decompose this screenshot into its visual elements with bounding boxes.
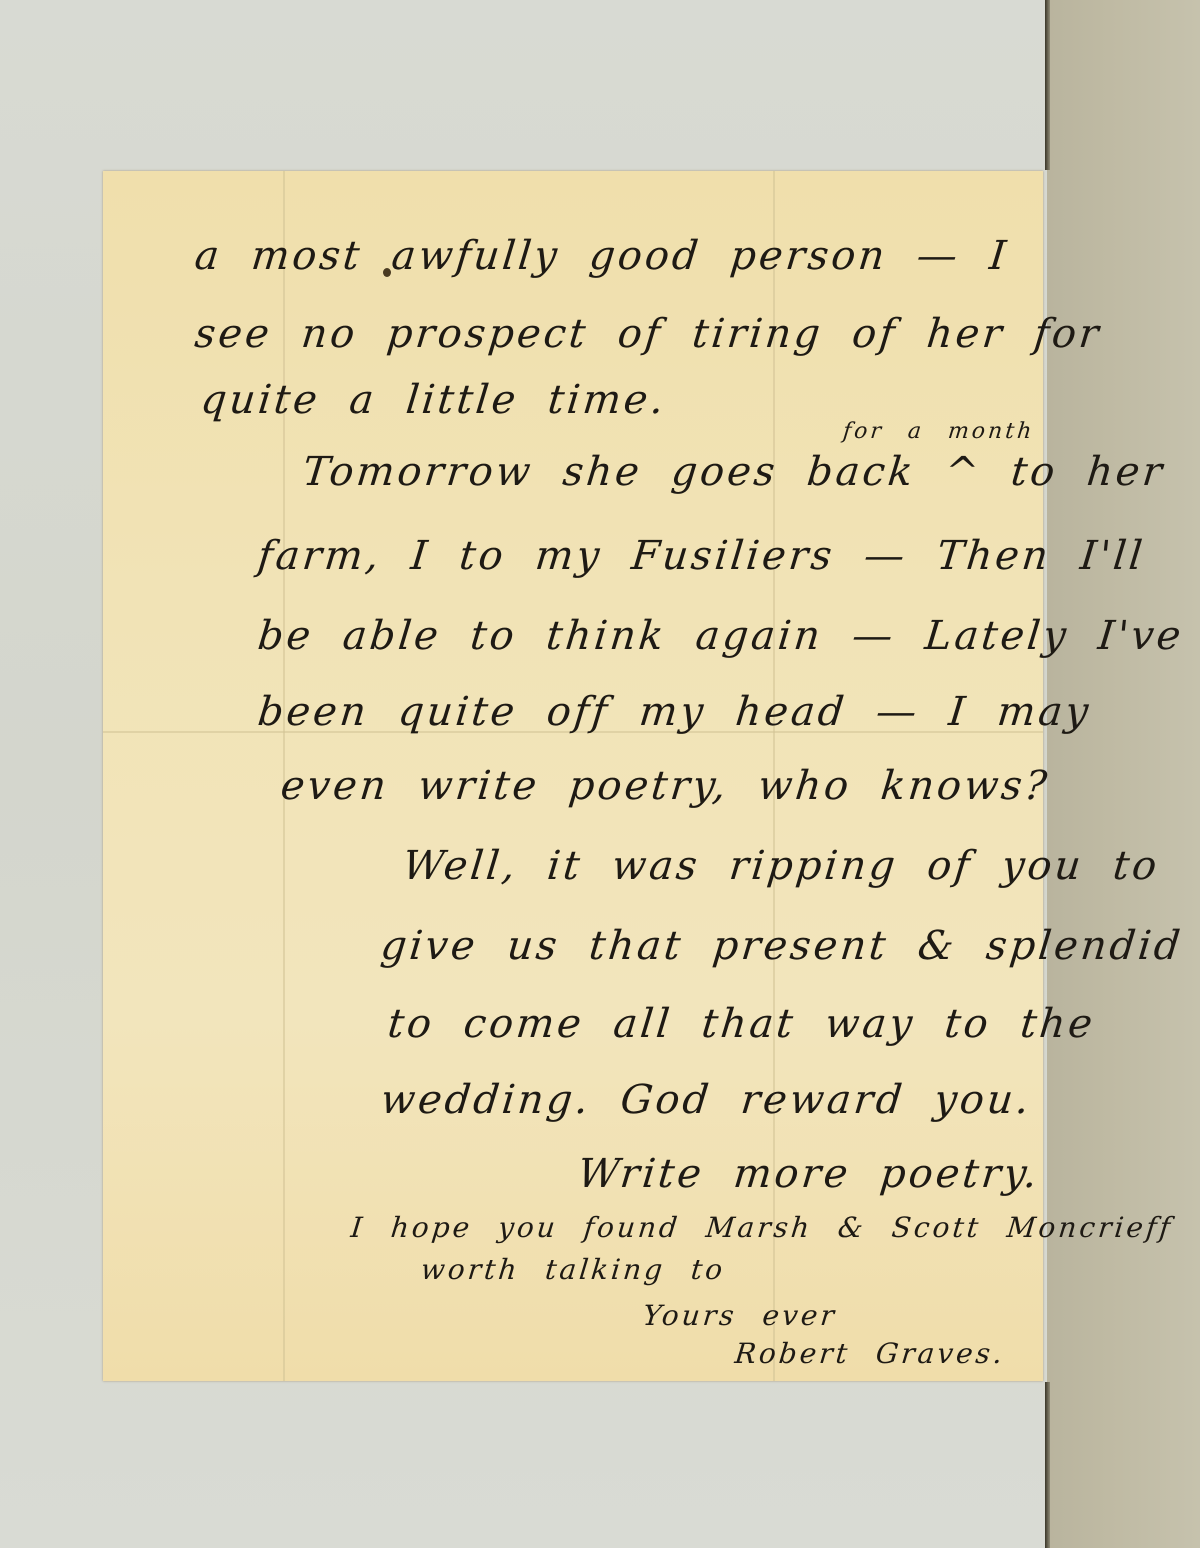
mount-edge-shadow-bottom — [1045, 1382, 1050, 1548]
letter-signature: Robert Graves. — [733, 1337, 1007, 1370]
letter-postscript: I hope you found Marsh & Scott Moncrieff — [349, 1211, 1174, 1244]
letter-line: even write poetry, who knows? — [279, 763, 1052, 809]
letter-insertion: for a month — [842, 419, 1036, 444]
letter-line: Well, it was ripping of you to — [401, 843, 1162, 889]
letter-line: quite a little time. — [199, 377, 669, 423]
letter-line: wedding. God reward you. — [379, 1077, 1034, 1123]
letter-line: to come all that way to the — [386, 1001, 1098, 1047]
mount-edge-shadow-top — [1045, 0, 1050, 170]
letter-line: be able to think again — Lately I've — [256, 613, 1186, 659]
right-backing-band — [1047, 0, 1200, 1548]
letter-line: a most awfully good person — I — [193, 233, 1011, 279]
letter-line: been quite off my head — I may — [256, 689, 1094, 735]
letter-postscript: worth talking to — [419, 1253, 727, 1286]
letter-closing: Yours ever — [641, 1299, 838, 1332]
letter-page: a most awfully good person — I see no pr… — [103, 171, 1043, 1381]
letter-line: Tomorrow she goes back ^ to her — [301, 449, 1168, 495]
letter-line: give us that present & splendid — [379, 923, 1186, 969]
letter-line: farm, I to my Fusiliers — Then I'll — [256, 533, 1148, 579]
letter-line: see no prospect of tiring of her for — [193, 311, 1104, 357]
letter-line: Write more poetry. — [576, 1151, 1043, 1197]
